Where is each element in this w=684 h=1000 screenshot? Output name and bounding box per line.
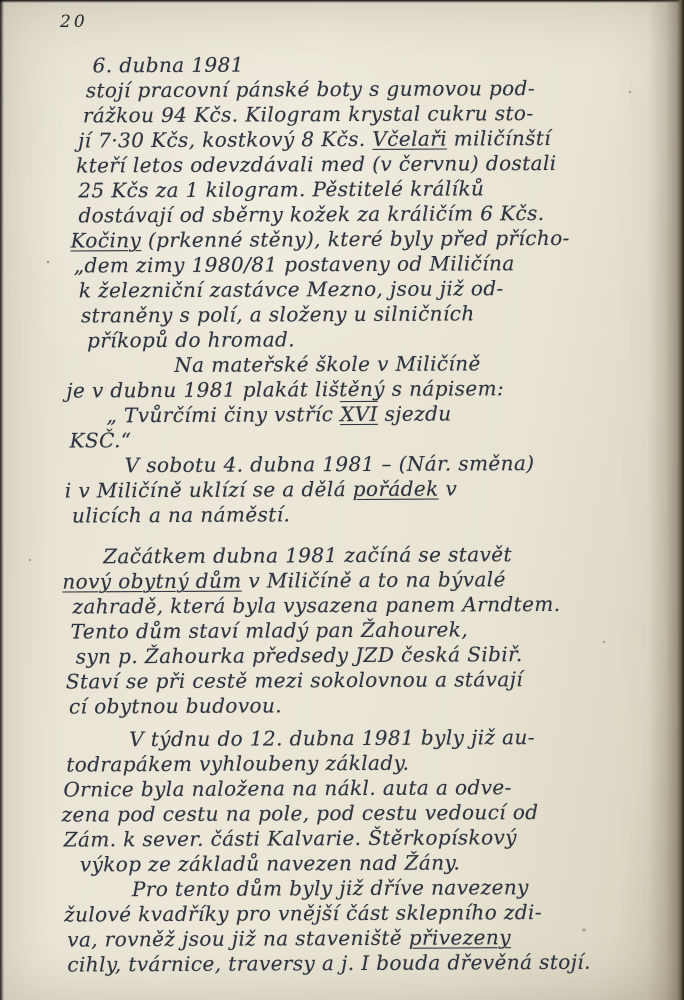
text-line: je v dubnu 1981 plakát lištěný s nápisem… [66,375,649,403]
text-line: cihly, tvárnice, traversy a j. I bouda d… [67,949,652,977]
text-line: todrapákem vyhloubeny základy. [66,749,651,777]
page-edge-top [0,0,684,3]
text-line: Ornice byla naložena na nákl. auta a odv… [63,774,651,802]
text-line: zahradě, která byla vysazena panem Arndt… [72,591,650,619]
text-line: 25 Kčs za 1 kilogram. Pěstitelé králíků [78,175,648,203]
text-line: příkopů do hromad. [87,325,649,353]
text-line: Na mateřské škole v Miličíně [174,350,649,377]
text-line: jí 7·30 Kčs, kostkový 8 Kčs. Včelaři mil… [78,125,648,153]
text-line: stojí pracovní pánské boty s gumovou pod… [86,75,648,103]
text-line: Zám. k sever. části Kalvarie. Štěrkopísk… [64,824,652,852]
text-line: Kočiny (prkenné stěny), které byly před … [71,225,649,253]
text-line: straněny s polí, a složeny u silničních [81,300,649,328]
text-line: nový obytný dům v Miličíně a to na býval… [62,566,650,594]
page-edge-left [0,0,4,1000]
text-line: „dem zimy 1980/81 postaveny od Miličína [74,250,649,278]
text-line: kteří letos odevzdávali med (v červnu) d… [76,150,648,178]
text-line: „ Tvůrčími činy vstříc XVI sjezdu [106,400,649,428]
page-number: 20 [60,12,88,32]
handwritten-text: 6. dubna 1981stojí pracovní pánské boty … [53,50,653,977]
book-binding-edge [648,0,684,1000]
text-line: V sobotu 4. dubna 1981 – (Nár. směna) [125,450,650,478]
text-line: ulicích a na náměstí. [72,500,650,528]
text-line: dostávají od sběrny kožek za králičím 6 … [78,200,648,228]
text-line: Pro tento dům byly již dříve navezeny [132,874,652,902]
text-line: k železniční zastávce Mezno, jsou již od… [79,275,649,303]
text-line: syn p. Žahourka předsedy JZD česká Sibiř… [76,641,651,669]
scanned-chronicle-page: 20 6. dubna 1981stojí pracovní pánské bo… [0,0,684,1000]
text-line: rážkou 94 Kčs. Kilogram krystal cukru st… [83,100,648,128]
text-line: výkop ze základů navezen nad Žány. [80,849,652,877]
text-line: i v Miličíně uklízí se a dělá pořádek v [65,475,650,503]
text-line: žulové kvadříky pro vnější část sklepníh… [64,899,652,927]
text-line: va, rovněž jsou již na staveniště přivez… [67,924,652,952]
text-line: Tento dům staví mladý pan Žahourek, [71,616,651,644]
text-line: Začátkem dubna 1981 začíná se stavět [103,541,650,569]
text-line: 6. dubna 1981 [93,50,648,78]
text-line: Staví se při cestě mezi sokolovnou a stá… [66,666,651,694]
text-line: KSČ.“ [70,425,650,453]
text-line: cí obytnou budovou. [69,691,651,719]
text-line: V týdnu do 12. dubna 1981 byly již au- [129,724,651,752]
text-line: zena pod cestu na pole, pod cestu vedouc… [62,799,652,827]
